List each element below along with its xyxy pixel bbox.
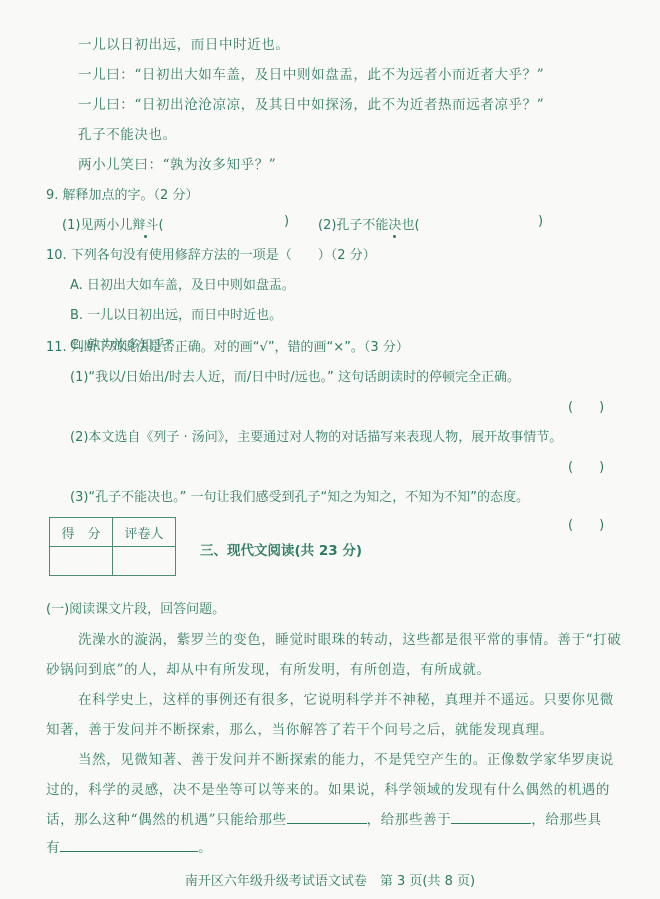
text: 。 xyxy=(198,840,212,856)
fill-blank[interactable] xyxy=(451,811,531,824)
passage-line: 两小儿笑曰：“孰为汝多知乎？” xyxy=(78,153,276,173)
grader-header: 评卷人 xyxy=(113,518,176,547)
fill-blank[interactable] xyxy=(60,839,198,852)
question-11-item-3: (3)“孔子不能决也。” 一句让我们感受到孔子“知之为知之，不知为不知”的态度。 xyxy=(70,486,529,505)
q9-item2-suffix: 也 xyxy=(401,218,414,233)
passage-line: 一儿曰：“日初出沧沧凉凉，及其日中如探汤，此不为近者热而远者凉乎？” xyxy=(78,93,544,113)
dotted-char: 决 xyxy=(388,214,401,233)
fill-blank[interactable] xyxy=(287,811,367,824)
dotted-chars: 辩斗 xyxy=(132,214,158,233)
paragraph-line: 知著，善于发问并不断探索，那么，当你解答了若干个问号之后，就能发现真理。 xyxy=(46,718,554,738)
passage-line: 一儿以日初出远，而日中时近也。 xyxy=(78,33,290,53)
question-11-stem: 11. 判断下列说法是否正确。对的画“√”，错的画“×”。（3 分） xyxy=(46,336,409,355)
text: 有 xyxy=(46,840,60,856)
question-9-item-2: (2)孔子不能决也( xyxy=(318,214,420,233)
paragraph-line: 洗澡水的漩涡，紫罗兰的变色，睡觉时眼珠的转动，这些都是很平常的事情。善于“打破 xyxy=(78,628,621,648)
question-10-option-b: B. 一儿以日初出远，而日中时近也。 xyxy=(70,304,282,323)
question-9-item-1: (1)见两小儿辩斗( xyxy=(62,214,164,233)
score-cell[interactable] xyxy=(50,547,113,576)
section-title: 三、现代文阅读(共 23 分) xyxy=(200,539,362,559)
q9-item1-paren-open: ( xyxy=(158,218,163,233)
question-9-stem: 9. 解释加点的字。（2 分） xyxy=(46,184,198,203)
question-11-item-1: (1)“我以/日始出/时去人近，而/日中时/远也。” 这句话朗读时的停顿完全正确… xyxy=(70,366,520,385)
paragraph-line: 砂锅问到底”的人，却从中有所发现，有所发明，有所创造，有所成就。 xyxy=(46,658,491,678)
text: ，给那些具 xyxy=(531,812,602,828)
q9-item1-paren-close: ) xyxy=(284,214,289,229)
paragraph-line: 在科学史上，这样的事例还有很多，它说明科学并不神秘，真理并不遥远。只要你见微 xyxy=(78,688,614,708)
q9-item2-prefix: (2)孔子不能 xyxy=(318,218,388,233)
question-10-option-a: A. 日初出大如车盖，及日中则如盘盂。 xyxy=(70,274,295,293)
paragraph-line-with-blanks: 话，那么这种“偶然的机遇”只能给那些，给那些善于，给那些具 xyxy=(46,808,602,828)
paragraph-line-with-blank: 有。 xyxy=(46,836,212,856)
q9-item2-paren-open: ( xyxy=(414,218,419,233)
paragraph-line: 过的，科学的灵感，决不是坐等可以等来的。如果说，科学领域的发现有什么偶然的机遇的 xyxy=(46,778,610,798)
answer-blank[interactable]: ( ) xyxy=(568,396,604,415)
score-table: 得 分 评卷人 xyxy=(49,517,176,576)
paragraph-line: 当然，见微知著、善于发问并不断探索的能力，不是凭空产生的。正像数学家华罗庚说 xyxy=(78,748,614,768)
question-11-item-2: (2)本文选自《列子 · 汤问》，主要通过对人物的对话描写来表现人物，展开故事情… xyxy=(70,426,562,445)
score-header: 得 分 xyxy=(50,518,113,547)
question-10-stem: 10. 下列各句没有使用修辞方法的一项是（ ）（2 分） xyxy=(46,244,376,263)
text: 话，那么这种“偶然的机遇”只能给那些 xyxy=(46,812,287,828)
answer-blank[interactable]: ( ) xyxy=(568,456,604,475)
q9-item2-paren-close: ) xyxy=(538,214,543,229)
grader-cell[interactable] xyxy=(113,547,176,576)
q9-item1-prefix: (1)见两小儿 xyxy=(62,218,132,233)
page-footer: 南开区六年级升级考试语文试卷 第 3 页(共 8 页) xyxy=(0,870,660,889)
passage-line: 一儿曰：“日初出大如车盖，及日中则如盘盂，此不为远者小而近者大乎？” xyxy=(78,63,544,83)
passage-line: 孔子不能决也。 xyxy=(78,123,177,143)
answer-blank[interactable]: ( ) xyxy=(568,514,604,533)
part-heading: (一)阅读课文片段，回答问题。 xyxy=(46,598,225,617)
text: ，给那些善于 xyxy=(367,812,452,828)
